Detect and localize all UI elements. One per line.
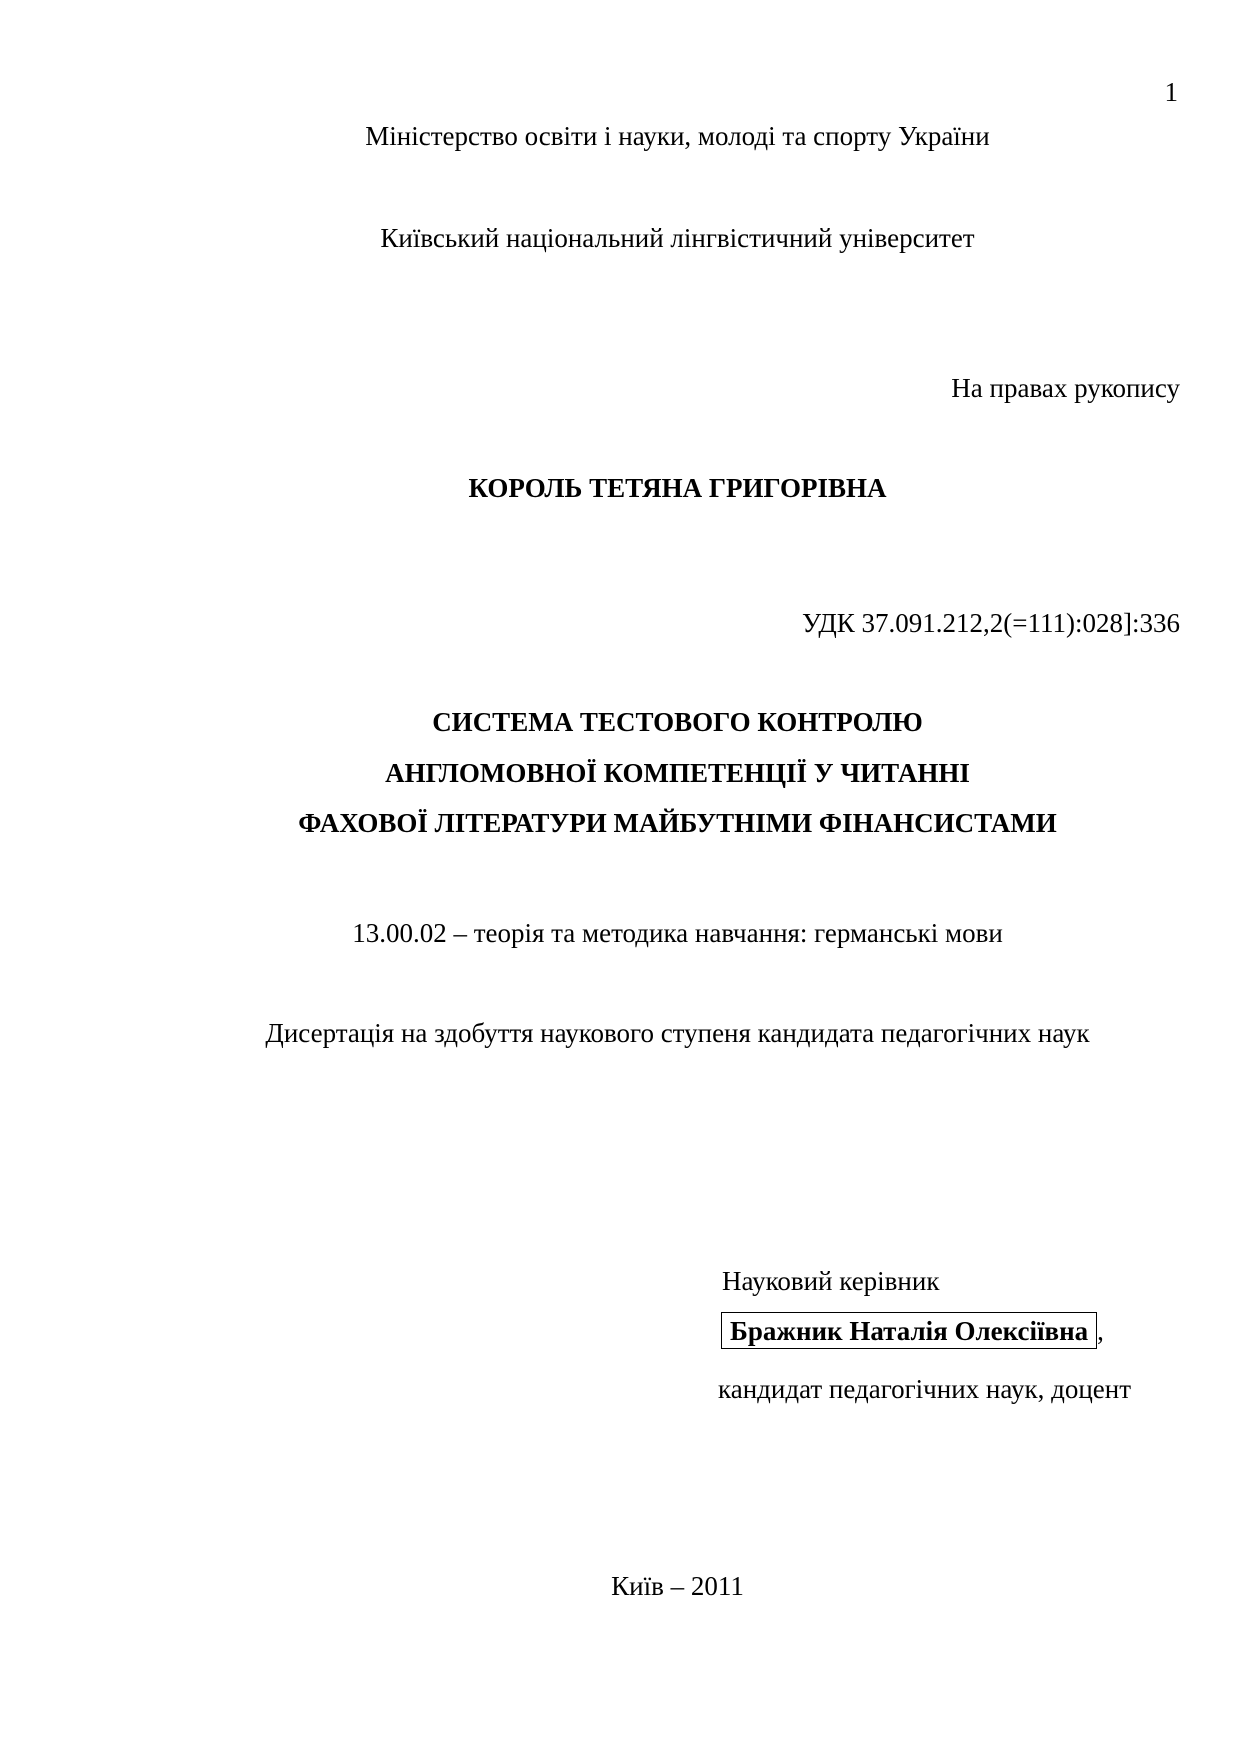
supervisor-label: Науковий керівник [722,1265,939,1297]
dissertation-type: Дисертація на здобуття наукового ступеня… [225,1017,1130,1049]
manuscript-note: На правах рукопису [951,372,1180,404]
supervisor-degree: кандидат педагогічних наук, доцент [718,1373,1131,1405]
udc-code: УДК 37.091.212,2(=111):028]:336 [802,607,1180,639]
page-number: 1 [1165,76,1179,108]
specialty: 13.00.02 – теорія та методика навчання: … [225,917,1130,949]
ministry-name: Міністерство освіти і науки, молоді та с… [225,120,1130,152]
supervisor-name: Бражник Наталія Олексіївна [721,1312,1097,1349]
university-name: Київський національний лінгвістичний уні… [225,222,1130,254]
supervisor-name-row: Бражник Наталія Олексіївна, [721,1312,1104,1349]
title-line: АНГЛОМОВНОЇ КОМПЕТЕНЦІЇ У ЧИТАННІ [225,757,1130,789]
place-year: Київ – 2011 [225,1570,1130,1602]
title-line: ФАХОВОЇ ЛІТЕРАТУРИ МАЙБУТНІМИ ФІНАНСИСТА… [225,807,1130,839]
supervisor-name-comma: , [1097,1316,1104,1346]
author-name: КОРОЛЬ ТЕТЯНА ГРИГОРІВНА [225,472,1130,504]
title-line: СИСТЕМА ТЕСТОВОГО КОНТРОЛЮ [225,706,1130,738]
